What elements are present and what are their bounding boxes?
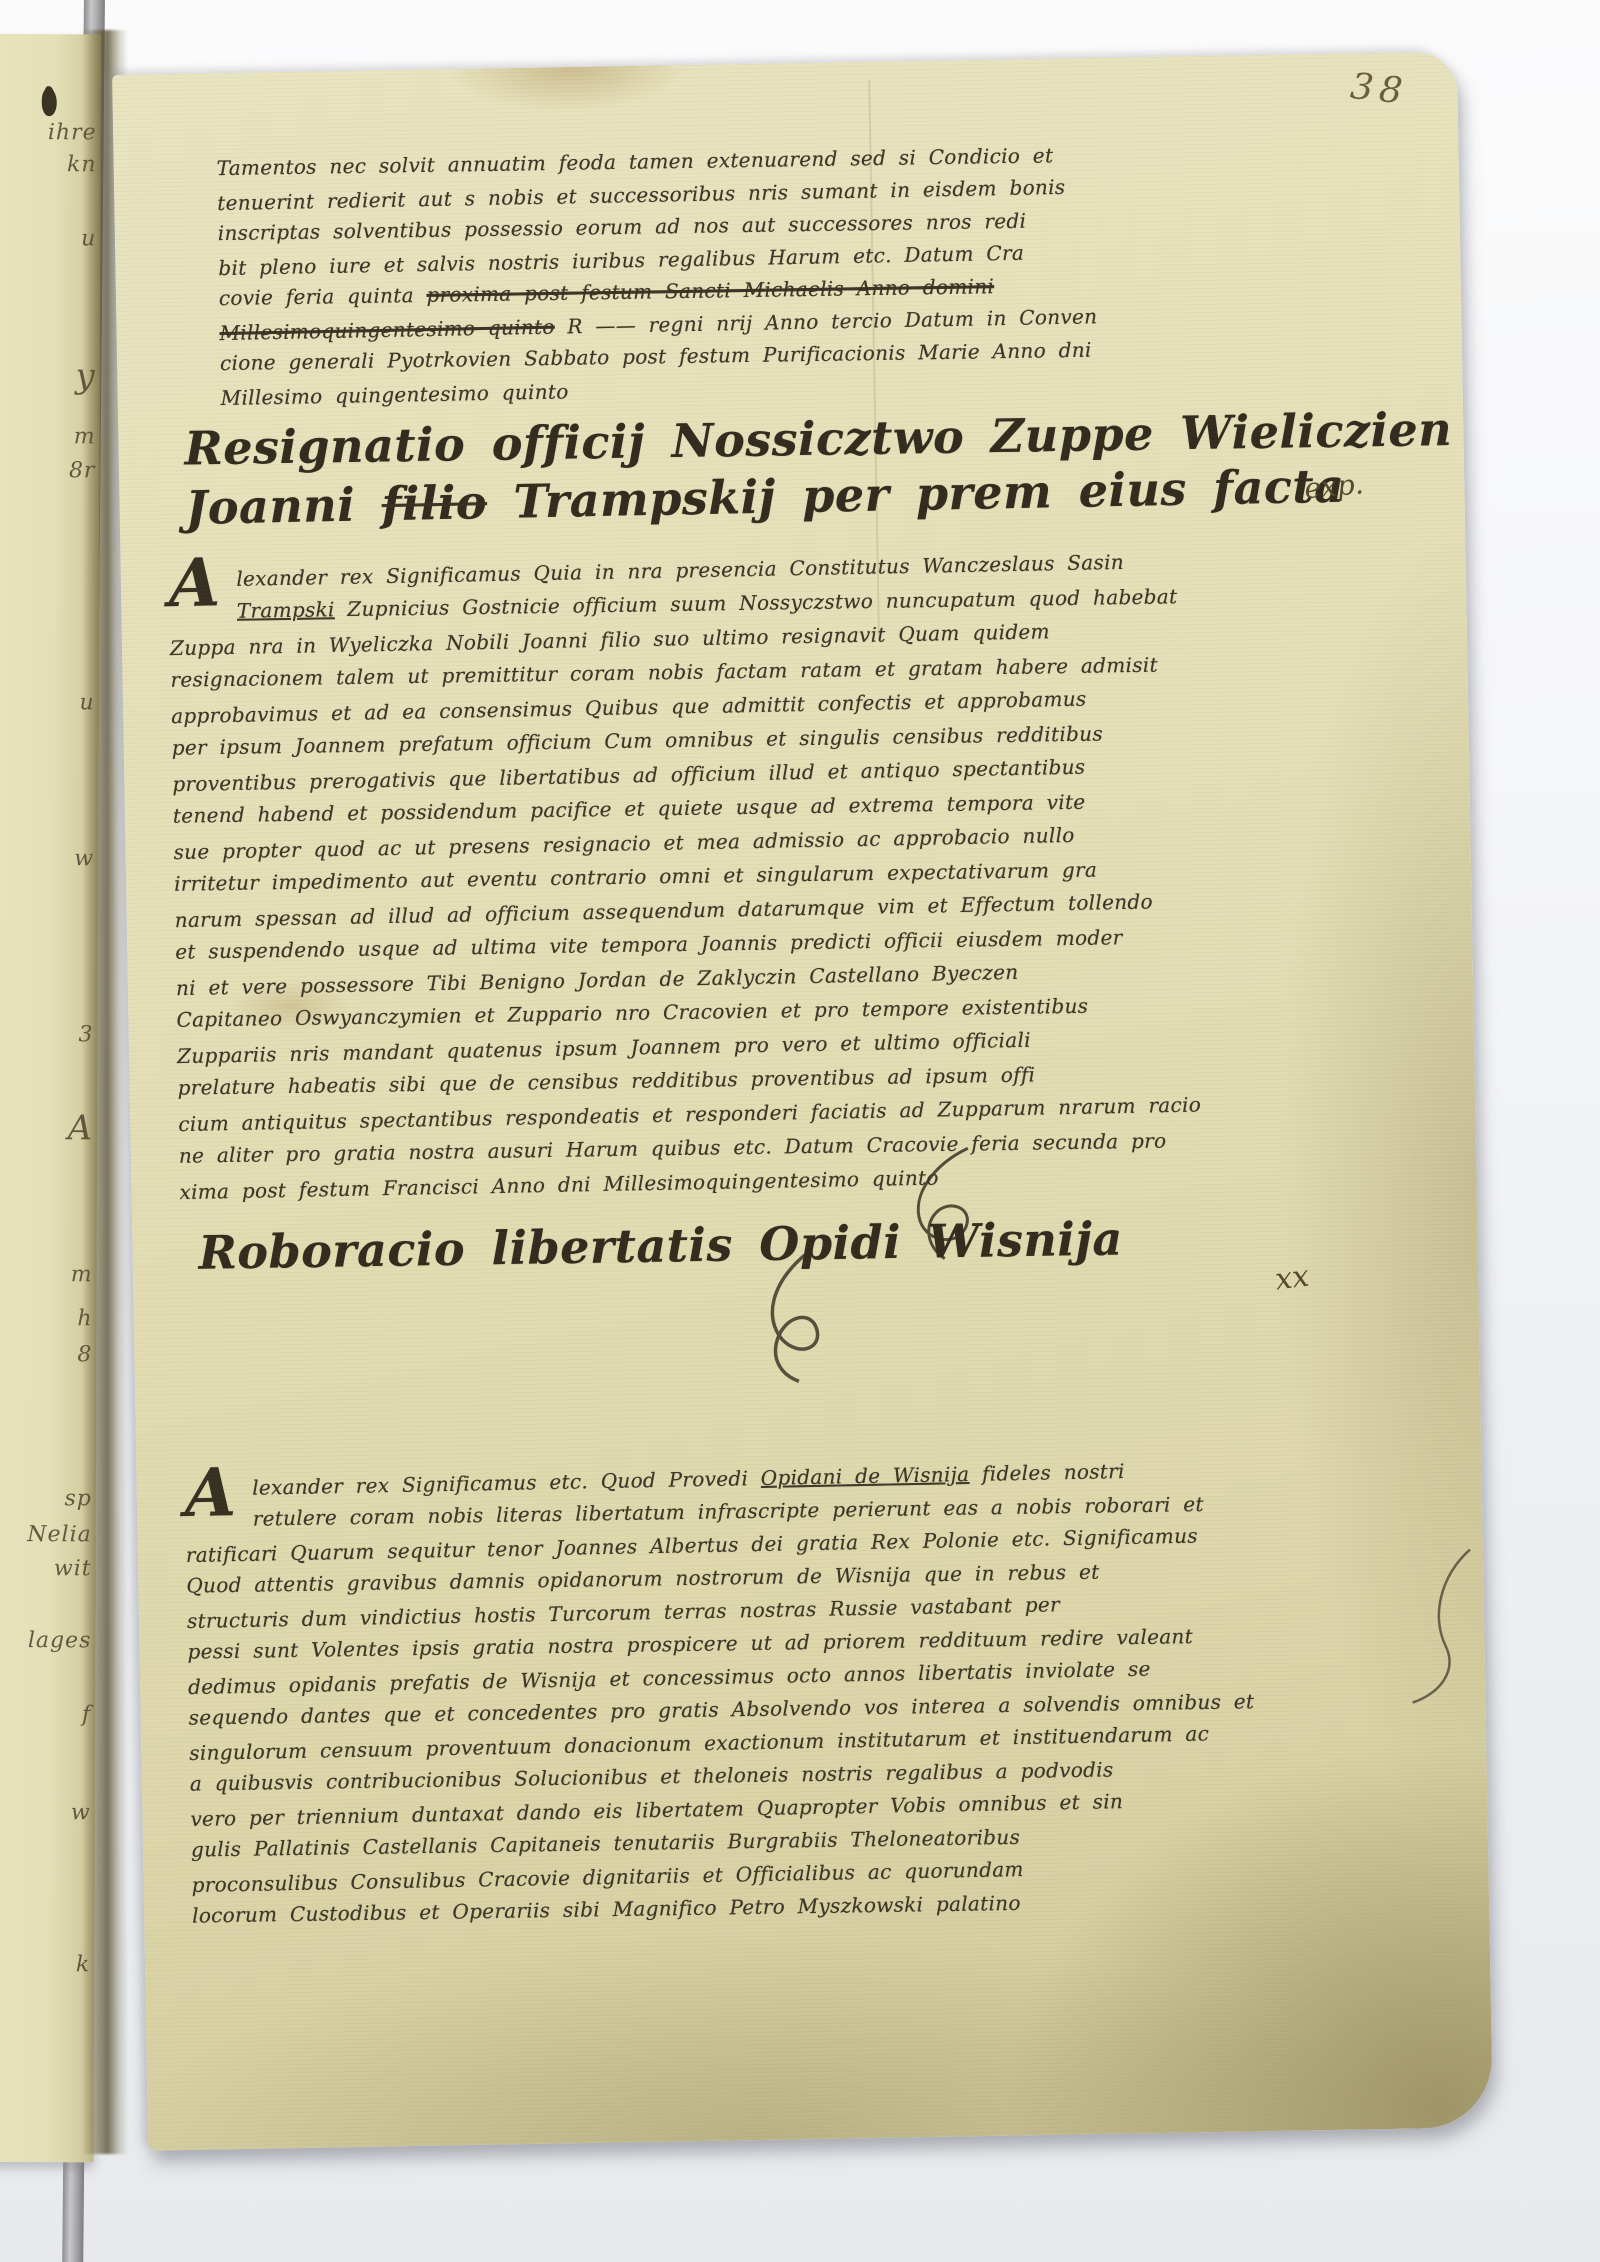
manuscript-text-line: Roboracio libertatis Opidi Wisnija (198, 1211, 1123, 1282)
text-segment: Roboracio libertatis Opidi Wisnija (198, 1212, 1123, 1280)
manuscript-page: 38 Tamentos nec solvit annuatim feoda ta… (112, 52, 1493, 2151)
entry-text-block-3: Alexander rex Significamus etc. Quod Pro… (184, 1450, 1442, 1934)
text-segment: Joanni (185, 477, 382, 535)
text-segment: covie feria quinta (219, 283, 427, 310)
margin-note-xx: xx (1273, 1259, 1311, 1298)
struck-text: Millesimoquingentesimo quinto (219, 314, 555, 344)
ink-blot (42, 88, 57, 116)
text-segment: Millesimo quingentesimo quinto (220, 379, 568, 410)
text-segment: lexander rex Significamus etc. Quod Prov… (252, 1466, 761, 1500)
entry-text-block-2: Alexander rex Significamus Quia in nra p… (169, 540, 1425, 1208)
margin-note-exp: exp. (1303, 467, 1365, 505)
scanned-manuscript-photo: ihreknuym8ruw3Amh8spNeliawitlagesfwk 38 … (0, 0, 1600, 2262)
underlined-text: Opidani de Wisnija (761, 1462, 970, 1490)
underlined-text: Trampski (237, 597, 335, 622)
text-segment: fideles nostri (969, 1459, 1125, 1486)
struck-text: proxima post festum Sancti Michaelis Ann… (426, 274, 994, 307)
text-segment: xima post festum Francisci Anno dni Mill… (179, 1166, 939, 1205)
folio-number: 38 (1348, 66, 1410, 113)
text-segment: R —— regni nrij Anno tercio Datum in Con… (555, 304, 1098, 338)
entry-text-block-1: Tamentos nec solvit annuatim feoda tamen… (216, 135, 1255, 413)
entry-heading-resignatio: Resignatio officij Nossicztwo Zuppe Wiel… (184, 400, 1454, 536)
entry-heading-roboratio: Roboracio libertatis Opidi Wisnija (198, 1210, 1123, 1283)
struck-text: filio (381, 475, 487, 531)
